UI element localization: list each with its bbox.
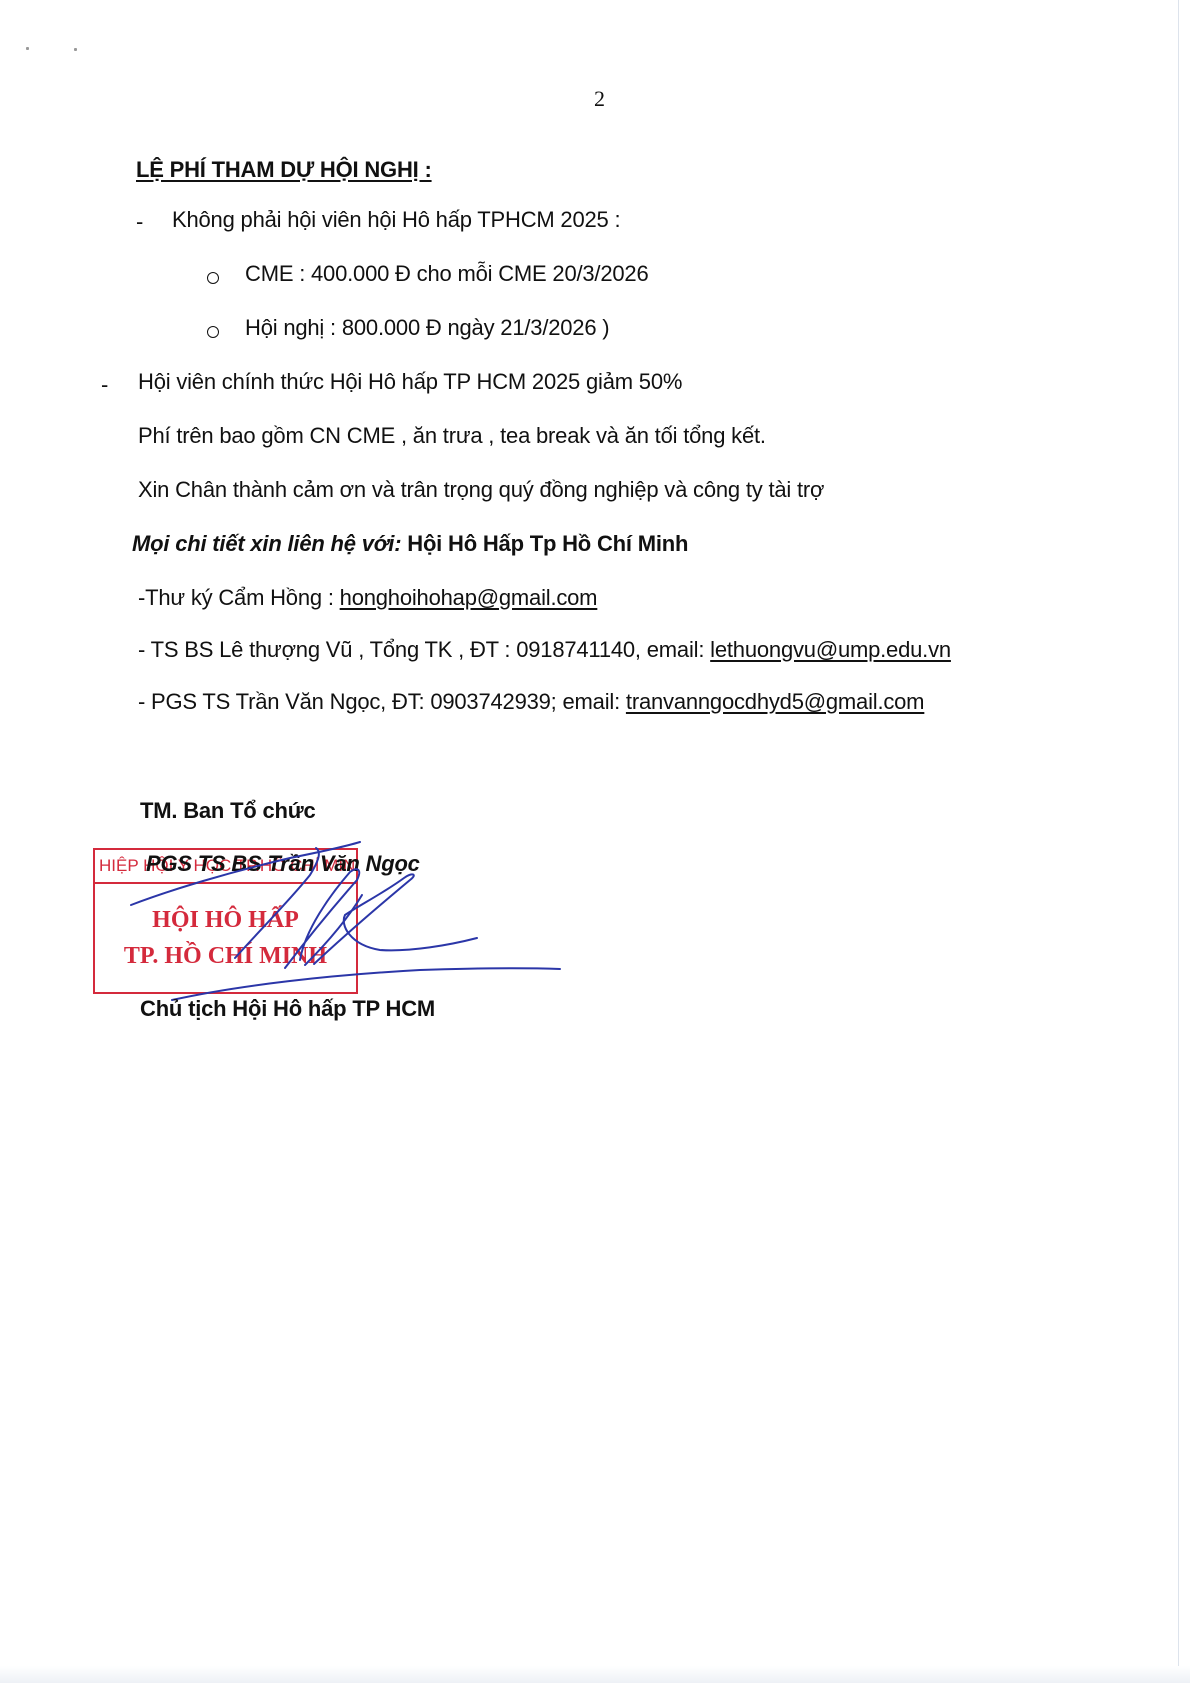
handwritten-signature	[0, 0, 1190, 1683]
scan-speck	[26, 47, 29, 50]
contact-text: -Thư ký Cẩm Hồng :	[138, 585, 340, 610]
email-link-secretary[interactable]: honghoihohap@gmail.com	[340, 585, 598, 610]
signer-title: Chủ tịch Hội Hô hấp TP HCM	[140, 996, 435, 1022]
contact-chairman: - PGS TS Trần Văn Ngọc, ĐT: 0903742939; …	[138, 689, 924, 715]
stamp-line-1: HỘI HÔ HẤP	[95, 906, 356, 934]
non-member-label: Không phải hội viên hội Hô hấp TPHCM 202…	[172, 207, 620, 233]
email-link-chairman[interactable]: tranvanngocdhyd5@gmail.com	[626, 689, 924, 714]
conference-fee: Hội nghị : 800.000 Đ ngày 21/3/2026 )	[245, 315, 609, 341]
page-edge-bottom	[0, 1666, 1190, 1683]
contact-org: Hội Hô Hấp Tp Hồ Chí Minh	[401, 531, 688, 556]
circle-bullet	[207, 272, 219, 284]
contact-general-secretary: - TS BS Lê thượng Vũ , Tổng TK , ĐT : 09…	[138, 637, 951, 663]
on-behalf-label: TM. Ban Tổ chức	[140, 798, 316, 824]
cme-fee: CME : 400.000 Đ cho mỗi CME 20/3/2026	[245, 261, 648, 287]
contact-text: - TS BS Lê thượng Vũ , Tổng TK , ĐT : 09…	[138, 637, 710, 662]
fees-heading: LỆ PHÍ THAM DỰ HỘI NGHỊ :	[136, 157, 432, 183]
signer-name: PGS TS BS Trần Văn Ngọc	[146, 851, 420, 877]
contact-text: - PGS TS Trần Văn Ngọc, ĐT: 0903742939; …	[138, 689, 626, 714]
contact-secretary: -Thư ký Cẩm Hồng : honghoihohap@gmail.co…	[138, 585, 597, 611]
fee-includes: Phí trên bao gồm CN CME , ăn trưa , tea …	[138, 423, 766, 449]
member-discount: Hội viên chính thức Hội Hô hấp TP HCM 20…	[138, 369, 682, 395]
stamp-line-2: TP. HỒ CHÍ MINH	[95, 942, 356, 970]
dash-bullet: -	[101, 372, 108, 398]
page-edge-right	[1178, 0, 1179, 1683]
thanks-text: Xin Chân thành cảm ơn và trân trọng quý …	[138, 477, 824, 503]
email-link-general-secretary[interactable]: lethuongvu@ump.edu.vn	[710, 637, 951, 662]
page-number: 2	[594, 86, 605, 112]
dash-bullet: -	[136, 209, 143, 235]
contact-intro-label: Mọi chi tiết xin liên hệ với:	[132, 531, 401, 556]
scan-speck	[74, 48, 77, 51]
contact-intro: Mọi chi tiết xin liên hệ với: Hội Hô Hấp…	[132, 531, 688, 557]
circle-bullet	[207, 326, 219, 338]
